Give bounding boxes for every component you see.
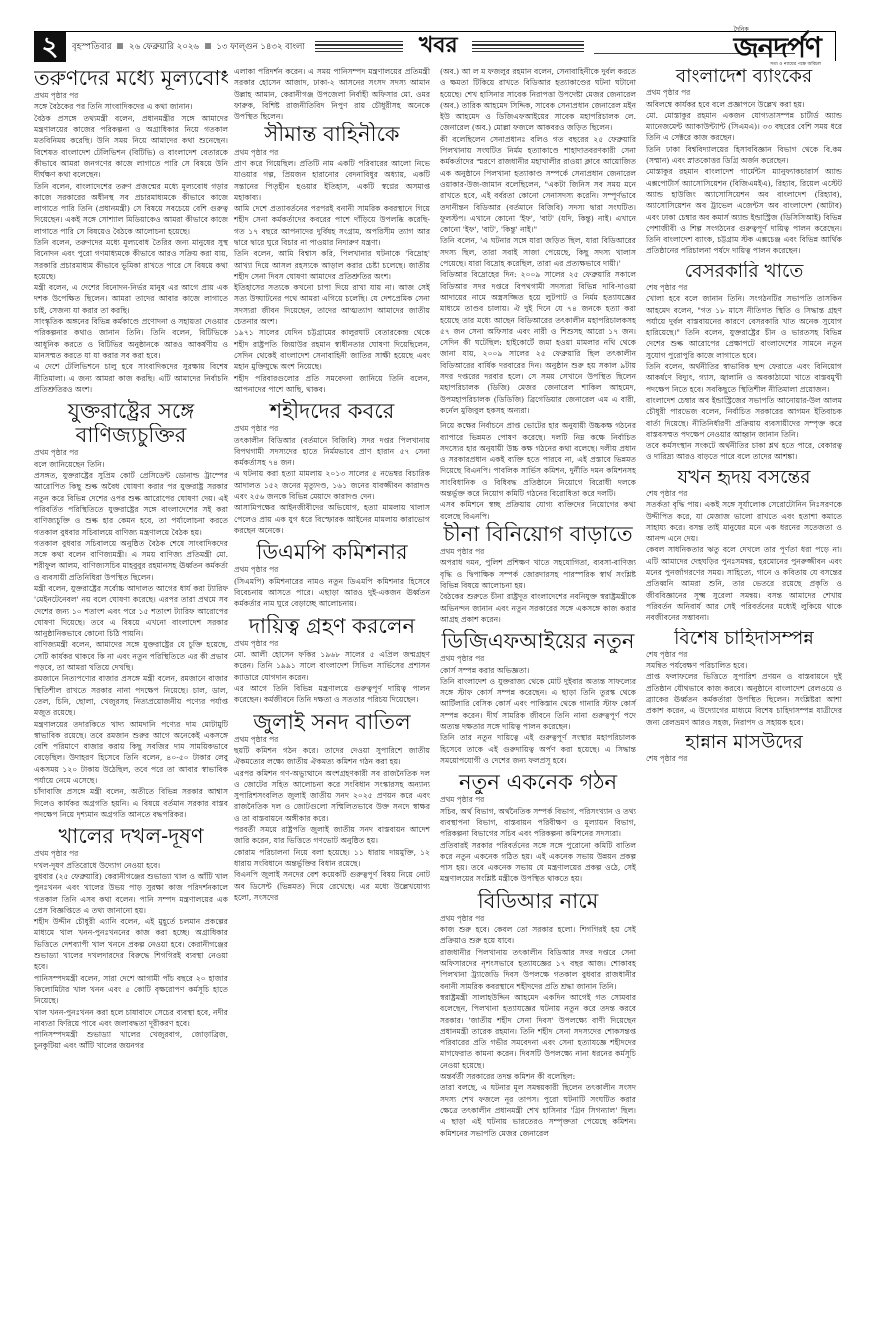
paragraph: বিডিআর বিদ্রোহের দিন: ২০০৯ সালের ২৫ ফেব্… (440, 269, 636, 416)
paragraph: তিনি বলেন, তরুণদের মধ্যে মূল্যবোধ তৈরির … (34, 237, 228, 282)
paragraph: ছয়টি কমিশন গঠন করে। তাদের দেওয়া সুপারি… (234, 745, 430, 768)
headline[interactable]: যুক্তরাষ্ট্রের সঙ্গে (34, 399, 228, 423)
article-canal: খালের দখল-দূষণ প্রথম পৃষ্ঠার পর দখল-দূষণ… (34, 824, 228, 1051)
jump-line: প্রথম পৃষ্ঠার পর (234, 423, 430, 434)
jump-line: শেষ পৃষ্ঠার পর (646, 488, 842, 499)
jump-line: প্রথম পৃষ্ঠার পর (234, 734, 430, 745)
jump-line: প্রথম পৃষ্ঠার পর (234, 147, 430, 158)
headline[interactable]: বিশেষ চাহিদাসম্পন্ন (646, 628, 842, 649)
paragraph: বুধবার (২৫ ফেব্রুয়ারি) কেরানীগঞ্জের শুভ… (34, 871, 228, 916)
paragraph: খাল খনন-পুনঃখনন করা হলে চাষাবাদে সেচের ব… (34, 1007, 228, 1030)
paragraph: অবিলম্বে কার্যকর হবে বলে প্রজ্ঞাপনে উল্ল… (646, 99, 842, 110)
paragraph: অন্তর্বর্তী সরকারের তদন্ত কমিশন কী বলেছি… (440, 1071, 636, 1082)
paragraph: প্রাপ্ত ফলাফলের ভিত্তিতে সুপারিশ প্রণয়ন… (646, 671, 842, 727)
article-us-trade: যুক্তরাষ্ট্রের সঙ্গে বাণিজ্যচুক্তির প্রথ… (34, 399, 228, 820)
paragraph: বৈঠক প্রসঙ্গে তথ্যমন্ত্রী বলেন, প্রধানমন… (34, 113, 228, 181)
jump-line: প্রথম পৃষ্ঠার পর (440, 794, 636, 805)
paragraph: প্রাণ করে গিয়েছিল। প্রতিটি নাম একটি পরি… (234, 158, 430, 203)
headline[interactable]: তরুণদের মধ্যে মূল্যবোধ (34, 66, 228, 90)
paragraph: স্বরাষ্ট্রমন্ত্রী সালাহউদ্দিন আহমেদ একদি… (440, 992, 636, 1071)
paragraph: দখল-দূষণ প্রতিরোধে উদ্যোগ নেওয়া হবে। (34, 860, 228, 871)
headline[interactable]: নতুন একনেক গঠন (440, 770, 636, 794)
date-bangla: ১৩ ফাল্গুন ১৪৩২ বাংলা (216, 42, 305, 52)
jump-line: প্রথম পৃষ্ঠার পর (440, 653, 636, 664)
column-3: (অব.) আ ল ম ফজলুর রহমান বলেন, সেনাবাহিনী… (440, 66, 636, 1143)
paragraph: এর আগে তিনি বিভিন্ন মন্ত্রণালয়ে গুরুত্ব… (234, 683, 430, 706)
paragraph: শহীদ পরিবারগুলোর প্রতি সমবেদনা জানিয়ে ত… (234, 373, 430, 396)
article-bangladesh-bank: বাংলাদেশ ব্যাংকের প্রথম পৃষ্ঠার পর অবিলম… (646, 66, 842, 257)
paragraph: নিয়ে কক্ষের নির্বাচনে প্রাপ্ত ভোটের হার… (440, 420, 636, 499)
paragraph: তবে কর্মসংস্থান সংকটে অর্থনীতির চাকা শ্ল… (646, 440, 842, 463)
jump-line: শেষ পৃষ্ঠার পর (646, 649, 842, 660)
article-bdr-name: বিডিআর নামে প্রথম পৃষ্ঠার পর কাজ শুরু হব… (440, 889, 636, 1139)
paragraph: চাঁদাবাজি প্রসঙ্গে মন্ত্রী বলেন, অতীতে ব… (34, 786, 228, 820)
article-dayitto: দায়িত্ব গ্রহণ করলেন প্রথম পৃষ্ঠার পর মো… (234, 614, 430, 706)
paragraph: (সিএমপি) কমিশনারের নামও নতুন ডিএমপি কমিশ… (234, 576, 430, 610)
paragraph: পরবর্তী সময়ে রাষ্ট্রপতি জুলাই জাতীয় সন… (234, 824, 430, 847)
paragraph: সচিব, অর্থ বিভাগ, অর্থনৈতিক সম্পর্ক বিভা… (440, 806, 636, 840)
headline[interactable]: চীনা বিনিয়োগ বাড়াতে (440, 522, 636, 546)
jump-line: প্রথম পৃষ্ঠার পর (234, 638, 430, 649)
jump-line: প্রথম পৃষ্ঠার পর (34, 447, 228, 458)
paragraph: মো. আলী হোসেন ফকির ১৯৬৮ সালের ৫ এপ্রিল জ… (234, 649, 430, 683)
paragraph: আসামিপক্ষের আইনজীবীদের অভিযোগ, হত্যা মাম… (234, 502, 430, 536)
paragraph: তিনি বলেন, 'এ ঘটনার সঙ্গে যারা জড়িত ছিল… (440, 235, 636, 269)
headline[interactable]: সীমান্ত বাহিনীকে (234, 122, 430, 146)
paragraph: তিনি বলেন, বাংলাদেশের তরুণ প্রজন্মের মধ্… (34, 181, 228, 237)
paragraph: মোস্তাকুর রহমান বাংলাদেশ গার্মেন্টস ম্যা… (646, 166, 842, 256)
paragraph: বলে জানিয়েছেন তিনি। (34, 459, 228, 470)
paragraph: রাজধানীর পিলখানায় তৎকালীন বিডিআর সদর দপ… (440, 947, 636, 992)
paragraph: তিনি বলেন, আমি বিশ্বাস করি, পিলখানার ঘটন… (234, 248, 430, 282)
jump-line: শেষ পৃষ্ঠার পর (646, 753, 842, 764)
dateline: বৃহস্পতিবার ২৬ ফেব্রুয়ারি ২০২৬ ১৩ ফাল্গ… (72, 40, 305, 54)
article-special-needs: বিশেষ চাহিদাসম্পন্ন শেষ পৃষ্ঠার পর সমন্ব… (646, 628, 842, 728)
article-ecnec: নতুন একনেক গঠন প্রথম পৃষ্ঠার পর সচিব, অর… (440, 770, 636, 885)
paragraph: তিনি বলেন, অর্থনীতির স্বাভাবিক ছন্দ ফেরা… (646, 361, 842, 395)
article-torun: তরুণদের মধ্যে মূল্যবোধ প্রথম পৃষ্ঠার পর … (34, 66, 228, 395)
paragraph: মন্ত্রী বলেন, যুক্তরাষ্ট্রের সর্বোচ্চ আদ… (34, 583, 228, 639)
headline[interactable]: বাণিজ্যচুক্তির (34, 423, 228, 447)
paragraph: বাণিজ্যমন্ত্রী বলেন, আমাদের সঙ্গে যুক্তর… (34, 639, 228, 673)
section-title: খবর (419, 28, 458, 65)
brand-logo: দৈনিক জনদর্পণ সত্য ও ন্যায়ের পক্ষে অবিচ… (734, 24, 821, 68)
paragraph: অপরাধ দমন, পুলিশ প্রশিক্ষণ খাতে সহযোগিতা… (440, 557, 636, 591)
paragraph: সাংস্কৃতিক অঙ্গনের বিভিন্ন কর্মকাণ্ডে প্… (34, 316, 228, 361)
headline[interactable]: শহীদদের কবরে (234, 399, 430, 423)
column-2: এলাকা পরিদর্শন করেন। এ সময় পানিসম্পদ মন… (234, 66, 430, 907)
paragraph: (অব.) আ ল ম ফজলুর রহমান বলেন, সেনাবাহিনী… (440, 66, 636, 134)
headline[interactable]: বেসরকারি খাতে (646, 261, 842, 282)
paragraph: বাংলাদেশ চেম্বার অব ইন্ডাস্ট্রিজের সভাপত… (646, 395, 842, 440)
headline[interactable]: যখন হৃদয় বসন্তের (646, 467, 842, 488)
article-china-invest: নিয়ে কক্ষের নির্বাচনে প্রাপ্ত ভোটের হার… (440, 420, 636, 625)
paragraph: বিএনপি জুলাই সনদের বেশ কয়েকটি গুরুত্বপূ… (234, 869, 430, 903)
jump-line: প্রথম পৃষ্ঠার পর (34, 848, 228, 859)
paragraph: প্রসঙ্গত, যুক্তরাষ্ট্রের সুপ্রিম কোর্ট প… (34, 470, 228, 538)
article-dmp-commissioner: ডিএমপি কমিশনার প্রথম পৃষ্ঠার পর (সিএমপি)… (234, 540, 430, 609)
page-masthead: ২ বৃহস্পতিবার ২৬ ফেব্রুয়ারি ২০২৬ ১৩ ফাল… (34, 31, 836, 61)
paragraph: মন্ত্রী বলেন, এ দেশের বিনোদন-নির্ভর মানু… (34, 282, 228, 316)
paragraph: মন্ত্রণালয়ের তদারকিতে খাদ্য আমদানি পণ্য… (34, 719, 228, 787)
paragraph: তিনি তার নতুন দায়িত্বে এই গুরুত্বপূর্ণ … (440, 732, 636, 766)
headline[interactable]: ডিএমপি কমিশনার (234, 540, 430, 564)
paragraph: কোর্স সম্পন্ন করার অভিজ্ঞতা। (440, 665, 636, 676)
paragraph: প্রতিবারই সরকার পরিবর্তনের সঙ্গে সঙ্গে প… (440, 840, 636, 885)
paragraph: তিনি বাংলাদেশ ও যুক্তরাজ্য থেকে মোট দুইব… (440, 676, 636, 732)
paragraph: খোলা হবে বলে জানান তিনি। সংগঠনটির সভাপতি… (646, 293, 842, 361)
jump-line: প্রথম পৃষ্ঠার পর (646, 87, 842, 98)
paragraph: বৈঠকের শুরুতে চীনা রাষ্ট্রদূত বাংলাদেশের… (440, 591, 636, 625)
jump-line: প্রথম পৃষ্ঠার পর (234, 564, 430, 575)
page-number: ২ (34, 32, 66, 62)
brand-name: জনদর্পণ (734, 31, 821, 64)
paragraph: সমন্বিত পর্যবেক্ষণ পরিচালিত হবে। (646, 660, 842, 671)
paragraph: কী বলেছিলেন সেনাপ্রধানঃ বলিও গত বছরের ২৫… (440, 134, 636, 236)
paragraph: কেবল সাধনিকতার ঋতু বলে দেখলে তার পূর্ণতা… (646, 544, 842, 623)
headline[interactable]: ডিজিএফআইয়ের নতুন (440, 629, 636, 653)
paragraph: এসব কমিশনে স্বচ্ছ প্রক্রিয়ায় যোগ্য ব্য… (440, 499, 636, 522)
article-hridoy-boshonto: যখন হৃদয় বসন্তের শেষ পৃষ্ঠার পর সতর্কতা… (646, 467, 842, 624)
paragraph: মো. মোস্তাকুর রহমান একজন যোগ্যতাসম্পন্ন … (646, 110, 842, 144)
paragraph: রমজানে নিত্যপণ্যের বাজার প্রসঙ্গে মন্ত্র… (34, 673, 228, 718)
paragraph: এরপর কমিশন গণ-অভ্যুত্থানে অংশগ্রহণকারী স… (234, 768, 430, 824)
day: বৃহস্পতিবার (72, 42, 112, 52)
article-dgfi: ডিজিএফআইয়ের নতুন প্রথম পৃষ্ঠার পর কোর্স… (440, 629, 636, 766)
article-july-charter: জুলাই সনদ বাতিল প্রথম পৃষ্ঠার পর ছয়টি ক… (234, 710, 430, 904)
article-seemanto: এলাকা পরিদর্শন করেন। এ সময় পানিসম্পদ মন… (234, 66, 430, 395)
paragraph: কোরাম পরিচালনা নিয়ে বলা হয়েছে। ১১ ধারা… (234, 847, 430, 870)
decorative-rules (315, 41, 403, 52)
jump-line: প্রথম পৃষ্ঠার পর (440, 546, 636, 557)
paragraph: তিনি ঢাকা বিশ্ববিদ্যালয়ের হিসাববিজ্ঞান … (646, 144, 842, 167)
headline[interactable]: হান্নান মাসউদের (646, 732, 842, 753)
column-1: তরুণদের মধ্যে মূল্যবোধ প্রথম পৃষ্ঠার পর … (34, 66, 228, 1056)
headline[interactable]: দায়িত্ব গ্রহণ করলেন (234, 614, 430, 638)
paragraph: ১৯৭১ সালের যেদিন চট্টগ্রামের কালুরঘাট বে… (234, 327, 430, 372)
article-hannan: হান্নান মাসউদের শেষ পৃষ্ঠার পর (646, 732, 842, 765)
headline[interactable]: খালের দখল-দূষণ (34, 824, 228, 848)
paragraph: এলাকা পরিদর্শন করেন। এ সময় পানিসম্পদ মন… (234, 66, 430, 122)
paragraph: আমি দেশে প্রত্যাবর্তনের পরপরই বনানী সামর… (234, 203, 430, 248)
jump-line: শেষ পৃষ্ঠার পর (646, 282, 842, 293)
jump-line: প্রথম পৃষ্ঠার পর (440, 913, 636, 924)
paragraph: কাজ শুরু হবে। কেবল তো সরকার হলো। শিগগিরই… (440, 924, 636, 947)
article-private-sector: বেসরকারি খাতে শেষ পৃষ্ঠার পর খোলা হবে বল… (646, 261, 842, 463)
decorative-rules (472, 41, 584, 52)
paragraph: সঙ্গে বৈঠকের পর তিনি সাংবাদিকদের এ কথা জ… (34, 101, 228, 112)
separator-square-icon (205, 43, 211, 49)
jump-line: প্রথম পৃষ্ঠার পর (34, 90, 228, 101)
article-shohid-kobor: শহীদদের কবরে প্রথম পৃষ্ঠার পর তৎকালীন বি… (234, 399, 430, 536)
headline[interactable]: জুলাই সনদ বাতিল (234, 710, 430, 734)
paragraph: শহীদ উদ্দীন চৌধুরী এ্যানি বলেন, এই মুহূর… (34, 916, 228, 972)
article-col3-lead: (অব.) আ ল ম ফজলুর রহমান বলেন, সেনাবাহিনী… (440, 66, 636, 416)
separator-square-icon (117, 43, 123, 49)
paragraph: পানিসম্পদমন্ত্রী শুভাড্যা খালের খেজুরবাগ… (34, 1029, 228, 1052)
paragraph: গতকাল বুধবার সচিবালয়ে অনুষ্ঠিত বৈঠক শেষ… (34, 538, 228, 583)
paragraph: পানিসম্পদমন্ত্রী বলেন, সারা দেশে আগামী প… (34, 973, 228, 1007)
headline[interactable]: বাংলাদেশ ব্যাংকের (646, 66, 842, 87)
paragraph: এ দেশে টেলিভিশনে চালু হবে সাংবাদিকদের সু… (34, 361, 228, 395)
column-4: বাংলাদেশ ব্যাংকের প্রথম পৃষ্ঠার পর অবিলম… (646, 66, 842, 768)
headline[interactable]: বিডিআর নামে (440, 889, 636, 913)
paragraph: তারা বলছে, এ ঘটনার মূল সমন্বয়কারী ছিলেন… (440, 1082, 636, 1138)
paragraph: এ ঘটনায় করা হত্যা মামলায় ২০১৩ সালের ৫ … (234, 468, 430, 502)
paragraph: ইতিহাসের সত্যকে কখনো চাপা দিয়ে রাখা যায… (234, 282, 430, 327)
paragraph: সতর্কতা বৃদ্ধি পায়। একই সঙ্গে সূর্যালোক… (646, 499, 842, 544)
paragraph: তৎকালীন বিডিআর (বর্তমানে বিজিবি) সদর দপ্… (234, 435, 430, 469)
date-gregorian: ২৬ ফেব্রুয়ারি ২০২৬ (129, 42, 199, 52)
